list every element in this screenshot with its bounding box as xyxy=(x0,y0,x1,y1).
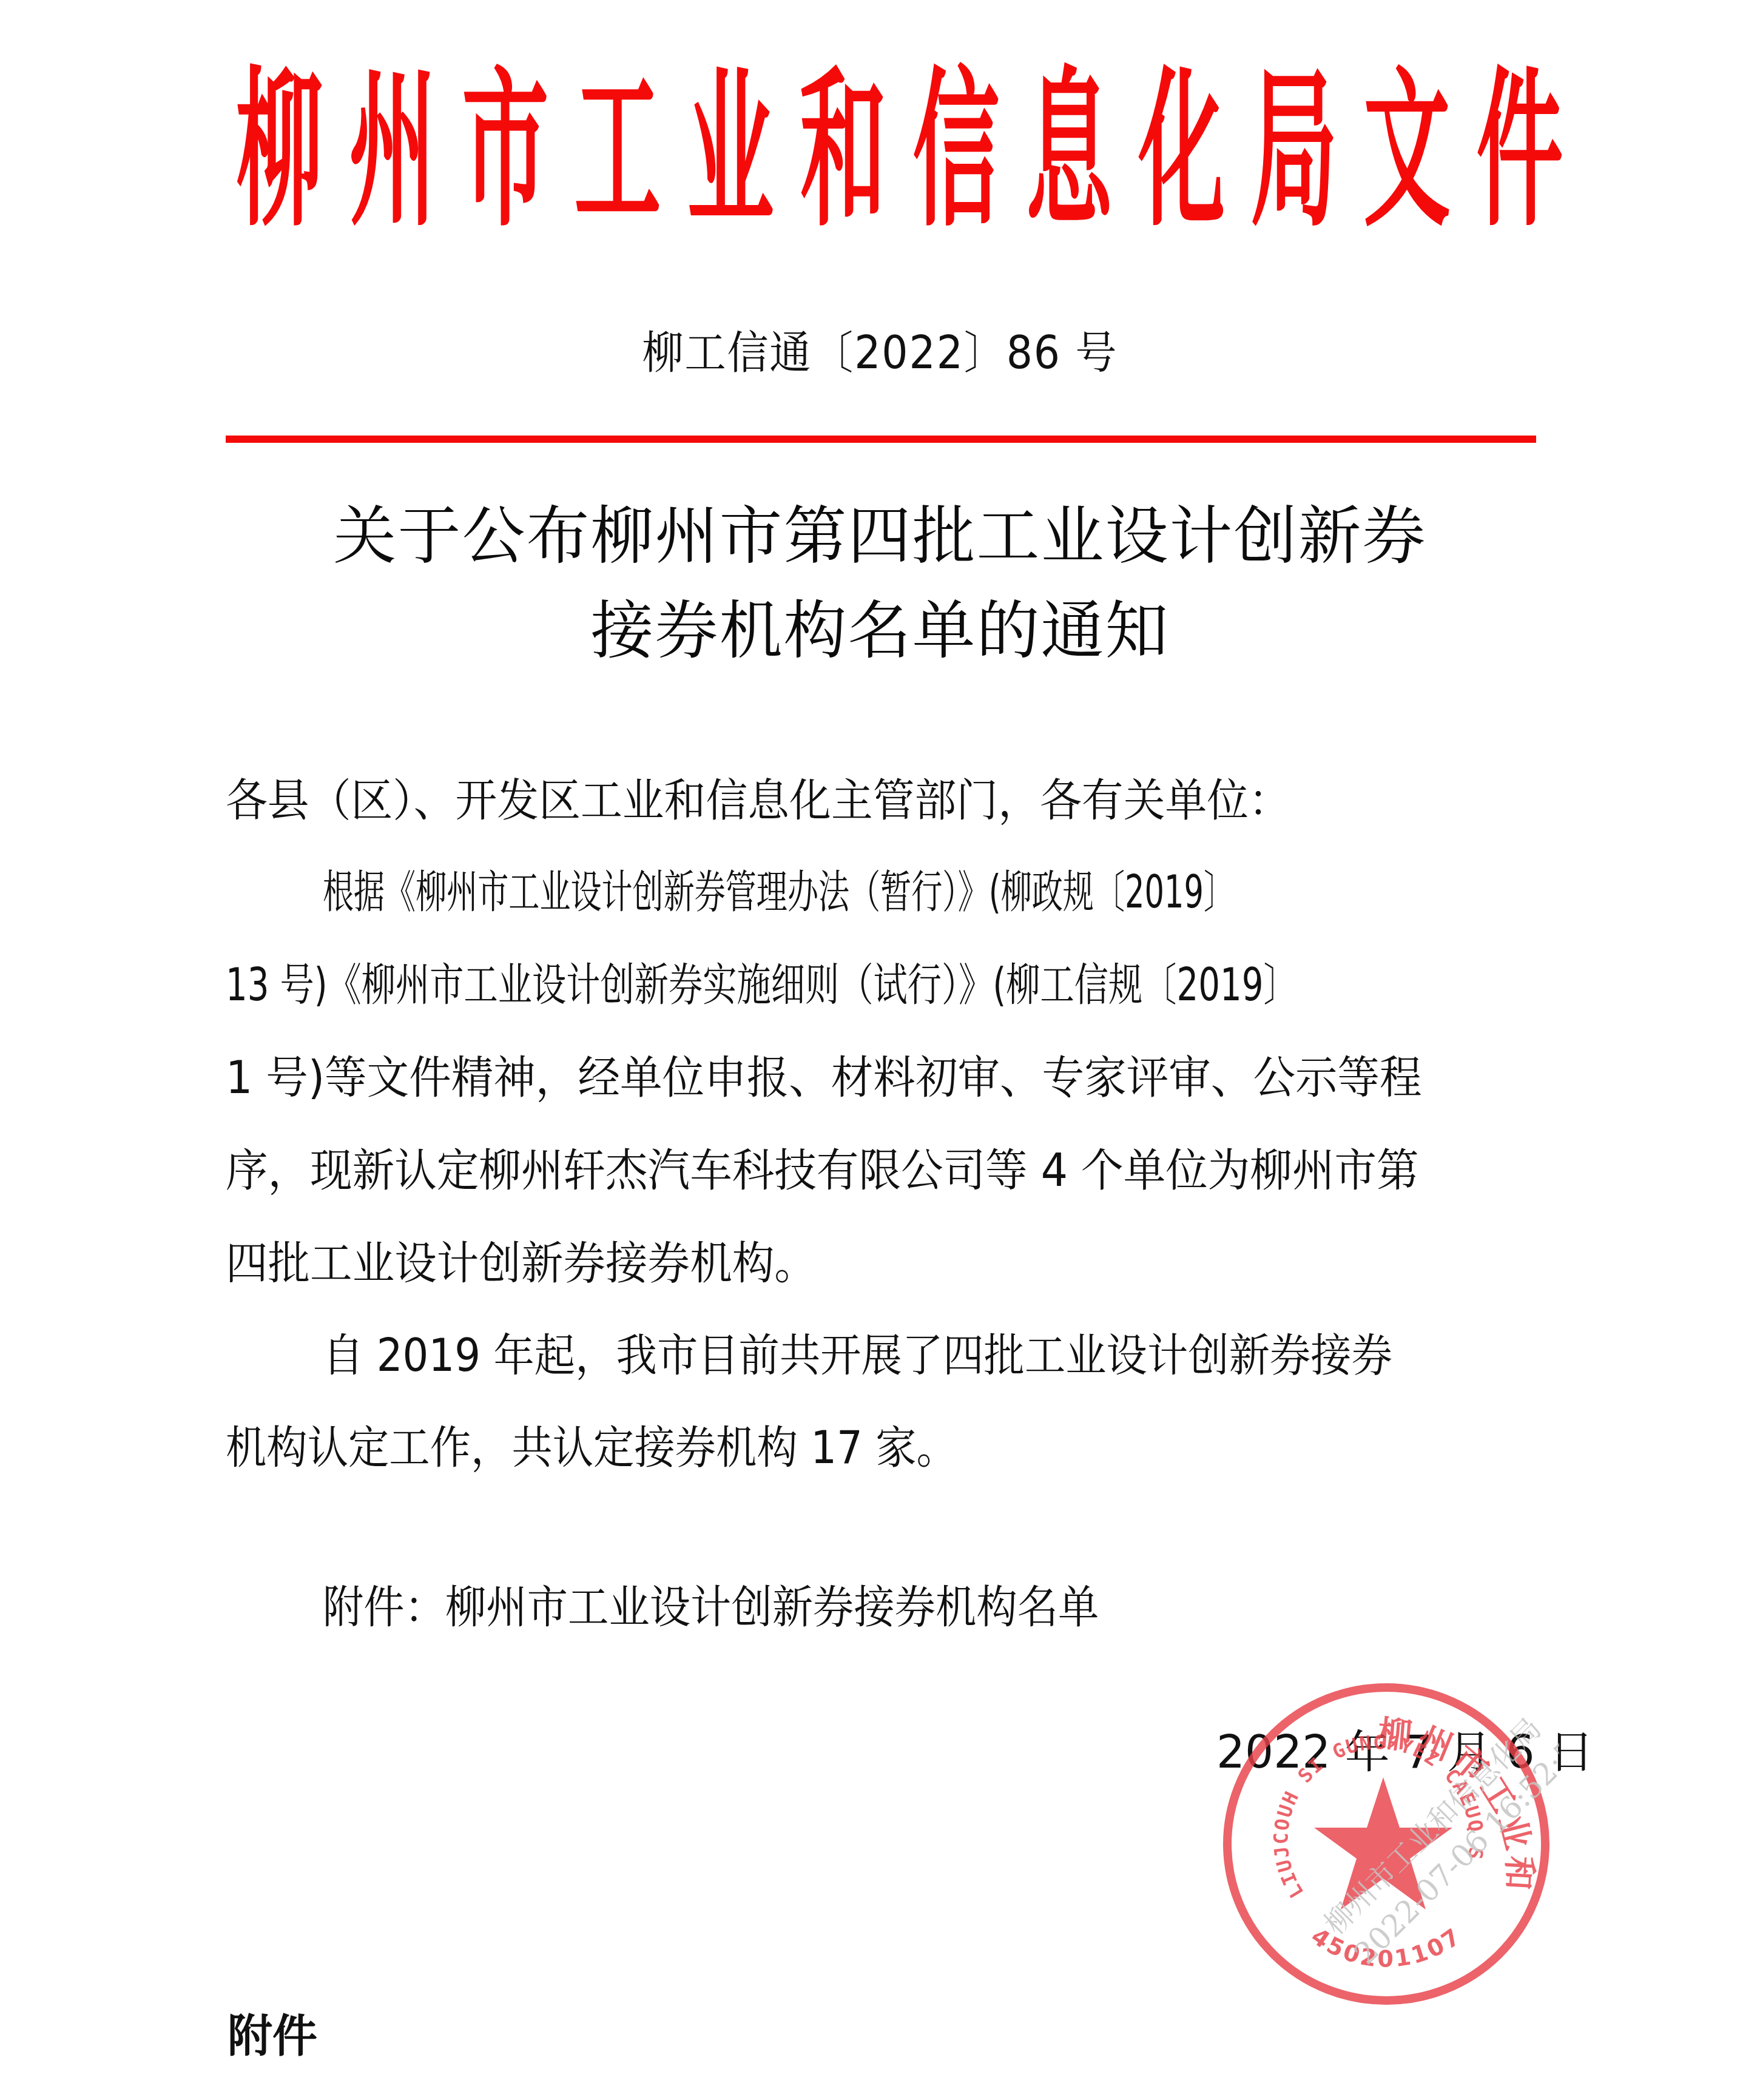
attachment-heading: 附件 xyxy=(228,2014,317,2059)
paragraph-2-line-1: 自 2019 年起，我市目前共开展了四批工业设计创新券接券 xyxy=(323,1333,1392,1378)
paragraph-2-line: 自 2019 年起，我市目前共开展了四批工业设计创新券接券 xyxy=(323,1333,1657,1378)
masthead-char: 业 xyxy=(687,67,746,237)
masthead-char: 州 xyxy=(349,67,408,237)
paragraph-1-line-2: 13 号)《柳州市工业设计创新券实施细则（试行）》(柳工信规〔2019〕 xyxy=(226,963,1298,1008)
document-number: 柳工信通〔2022〕86 号 xyxy=(70,331,1690,375)
paragraph-2-line-2: 机构认定工作，共认定接券机构 17 家。 xyxy=(226,1425,957,1470)
paragraph-1-line: 13 号)《柳州市工业设计创新券实施细则（试行）》(柳工信规〔2019〕 xyxy=(226,963,1560,1008)
masthead-char: 市 xyxy=(462,67,521,237)
salutation-text: 各县（区）、开发区工业和信息化主管部门，各有关单位： xyxy=(226,778,1290,823)
attachment-reference-text: 附件：柳州市工业设计创新券接券机构名单 xyxy=(323,1585,1099,1630)
paragraph-1-line: 1 号)等文件精神，经单位申报、材料初审、专家评审、公示等程 xyxy=(226,1055,1560,1100)
paragraph-2-line: 机构认定工作，共认定接券机构 17 家。 xyxy=(226,1425,1560,1470)
document-title-line-2: 接券机构名单的通知 xyxy=(0,599,1760,662)
masthead-char: 文 xyxy=(1364,67,1423,237)
salutation: 各县（区）、开发区工业和信息化主管部门，各有关单位： xyxy=(226,778,1560,823)
masthead-char: 柳 xyxy=(237,67,295,237)
masthead-char: 和 xyxy=(800,67,859,237)
masthead-char: 件 xyxy=(1477,67,1536,237)
paragraph-1-line: 根据《柳州市工业设计创新券管理办法（暂行）》(柳政规〔2019〕 xyxy=(323,870,1657,915)
masthead-char: 工 xyxy=(575,67,633,237)
paragraph-1-line-3: 1 号)等文件精神，经单位申报、材料初审、专家评审、公示等程 xyxy=(226,1055,1422,1100)
attachment-reference: 附件：柳州市工业设计创新券接券机构名单 xyxy=(323,1585,1657,1630)
paragraph-1-line: 四批工业设计创新券接券机构。 xyxy=(226,1241,1560,1286)
paragraph-1-line: 序，现新认定柳州轩杰汽车科技有限公司等 4 个单位为柳州市第 xyxy=(226,1148,1560,1193)
paragraph-1-line-1: 根据《柳州市工业设计创新券管理办法（暂行）》(柳政规〔2019〕 xyxy=(323,870,1235,915)
masthead: 柳 州 市 工 业 和 信 息 化 局 文 件 xyxy=(218,55,1553,249)
official-seal: 柳州市工业和信息化局 LIUJCOUH SI GUNGHYEZ CAEUQ SI… xyxy=(1213,1674,1559,2014)
masthead-char: 信 xyxy=(913,67,972,237)
paragraph-1-line-5: 四批工业设计创新券接券机构。 xyxy=(226,1241,817,1286)
document-page: 柳 州 市 工 业 和 信 息 化 局 文 件 柳工信通〔2022〕86 号 关… xyxy=(0,0,1760,2100)
red-separator-rule xyxy=(226,436,1536,443)
paragraph-1-line-4: 序，现新认定柳州轩杰汽车科技有限公司等 4 个单位为柳州市第 xyxy=(226,1148,1419,1193)
masthead-char: 息 xyxy=(1025,67,1084,237)
masthead-char: 化 xyxy=(1138,67,1197,237)
document-title-line-1: 关于公布柳州市第四批工业设计创新券 xyxy=(0,505,1760,568)
masthead-char: 局 xyxy=(1251,67,1310,237)
